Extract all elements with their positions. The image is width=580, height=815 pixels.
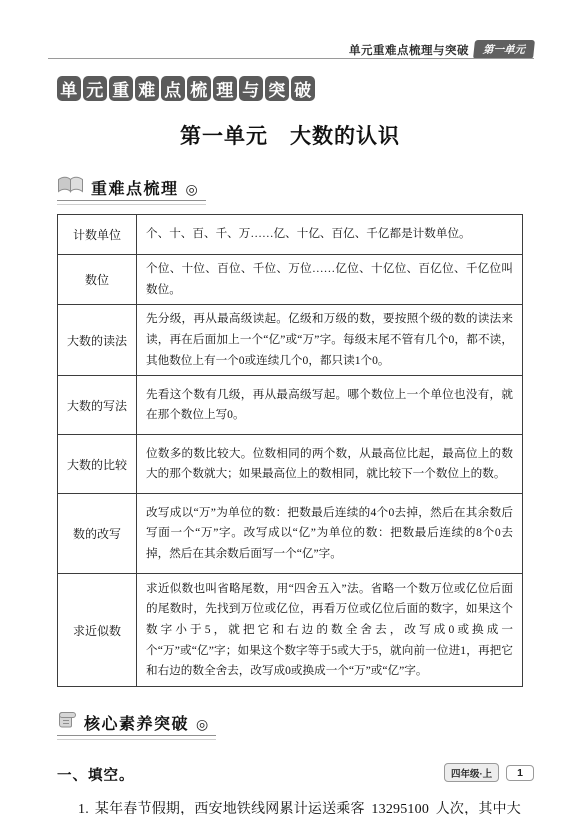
row-label: 数的改写 <box>58 494 137 574</box>
running-head: 单元重难点梳理与突破 第一单元 <box>349 40 534 59</box>
row-content: 先分级，再从最高级读起。亿级和万级的数，要按照个级的数的读法来读，再在后面加上一… <box>137 305 523 376</box>
page-footer: 四年级·上 1 <box>444 763 534 782</box>
table-row: 数的改写 改写成以“万”为单位的数：把数最后连续的4个0去掉，然后在其余数后写面… <box>58 494 523 574</box>
banner-char: 重 <box>109 76 133 101</box>
row-content: 个位、十位、百位、千位、万位……亿位、十亿位、百亿位、千亿位叫数位。 <box>137 255 523 305</box>
banner-char: 点 <box>161 76 185 101</box>
row-content: 改写成以“万”为单位的数：把数最后连续的4个0去掉，然后在其余数后写面一个“万”… <box>137 494 523 574</box>
row-label: 求近似数 <box>58 574 137 687</box>
section-core-heading: 核心素养突破 ◎ <box>57 710 216 740</box>
banner-char: 梳 <box>187 76 211 101</box>
banner-char: 与 <box>239 76 263 101</box>
question-text-before: 某年春节假期，西安地铁线网累计运送乘客 <box>95 802 365 815</box>
row-label: 大数的读法 <box>58 305 137 376</box>
unit-number-badge: 第一单元 <box>473 40 535 59</box>
banner-char: 元 <box>83 76 107 101</box>
row-label: 数位 <box>58 255 137 305</box>
banner-char: 破 <box>291 76 315 101</box>
running-head-title: 单元重难点梳理与突破 <box>349 42 469 58</box>
banner-title: 单 元 重 难 点 梳 理 与 突 破 <box>57 76 315 101</box>
section-review-title: 重难点梳理 <box>91 176 179 199</box>
header-divider <box>48 58 534 59</box>
review-table-body: 计数单位 个、十、百、千、万……亿、十亿、百亿、千亿都是计数单位。 数位 个位、… <box>58 215 523 687</box>
table-row: 大数的写法 先看这个数有几级，再从最高级写起。哪个数位上一个单位也没有，就在那个… <box>58 376 523 435</box>
textbook-page: 单元重难点梳理与突破 第一单元 单 元 重 难 点 梳 理 与 突 破 第一单元… <box>0 0 580 815</box>
page-content: 重难点梳理 ◎ 计数单位 个、十、百、千、万……亿、十亿、百亿、千亿都是计数单位… <box>57 176 523 815</box>
scroll-icon <box>57 710 77 734</box>
table-row: 计数单位 个、十、百、千、万……亿、十亿、百亿、千亿都是计数单位。 <box>58 215 523 255</box>
grade-badge: 四年级·上 <box>444 763 499 782</box>
review-table: 计数单位 个、十、百、千、万……亿、十亿、百亿、千亿都是计数单位。 数位 个位、… <box>57 214 523 687</box>
table-row: 大数的读法 先分级，再从最高级读起。亿级和万级的数，要按照个级的数的读法来读，再… <box>58 305 523 376</box>
banner-char: 单 <box>57 76 81 101</box>
row-label: 大数的比较 <box>58 435 137 494</box>
unit-title: 第一单元 大数的认识 <box>0 120 580 150</box>
banner-char: 难 <box>135 76 159 101</box>
row-content: 个、十、百、千、万……亿、十亿、百亿、千亿都是计数单位。 <box>137 215 523 255</box>
underlined-number: 13295100 <box>368 802 432 815</box>
row-label: 大数的写法 <box>58 376 137 435</box>
bullseye-mark-icon: ◎ <box>186 184 198 199</box>
open-book-icon <box>57 176 84 199</box>
row-content: 位数多的数比较大。位数相同的两个数，从最高位比起，最高位上的数大的那个数就大；如… <box>137 435 523 494</box>
banner-char: 理 <box>213 76 237 101</box>
question-1: 1.某年春节假期，西安地铁线网累计运送乘客 13295100 人次，其中大 <box>57 798 523 815</box>
page-number-badge: 1 <box>506 765 534 781</box>
row-label: 计数单位 <box>58 215 137 255</box>
question-number: 1. <box>78 802 89 815</box>
section-review-heading: 重难点梳理 ◎ <box>57 176 206 205</box>
row-content: 求近似数也叫省略尾数，用“四舍五入”法。省略一个数万位或亿位后面的尾数时，先找到… <box>137 574 523 687</box>
question-text-after: 人次，其中大 <box>436 802 521 815</box>
bullseye-mark-icon: ◎ <box>196 719 208 734</box>
table-row: 大数的比较 位数多的数比较大。位数相同的两个数，从最高位比起，最高位上的数大的那… <box>58 435 523 494</box>
table-row: 数位 个位、十位、百位、千位、万位……亿位、十亿位、百亿位、千亿位叫数位。 <box>58 255 523 305</box>
table-row: 求近似数 求近似数也叫省略尾数，用“四舍五入”法。省略一个数万位或亿位后面的尾数… <box>58 574 523 687</box>
section-core-title: 核心素养突破 <box>84 711 189 734</box>
row-content: 先看这个数有几级，再从最高级写起。哪个数位上一个单位也没有，就在那个数位上写0。 <box>137 376 523 435</box>
banner-char: 突 <box>265 76 289 101</box>
